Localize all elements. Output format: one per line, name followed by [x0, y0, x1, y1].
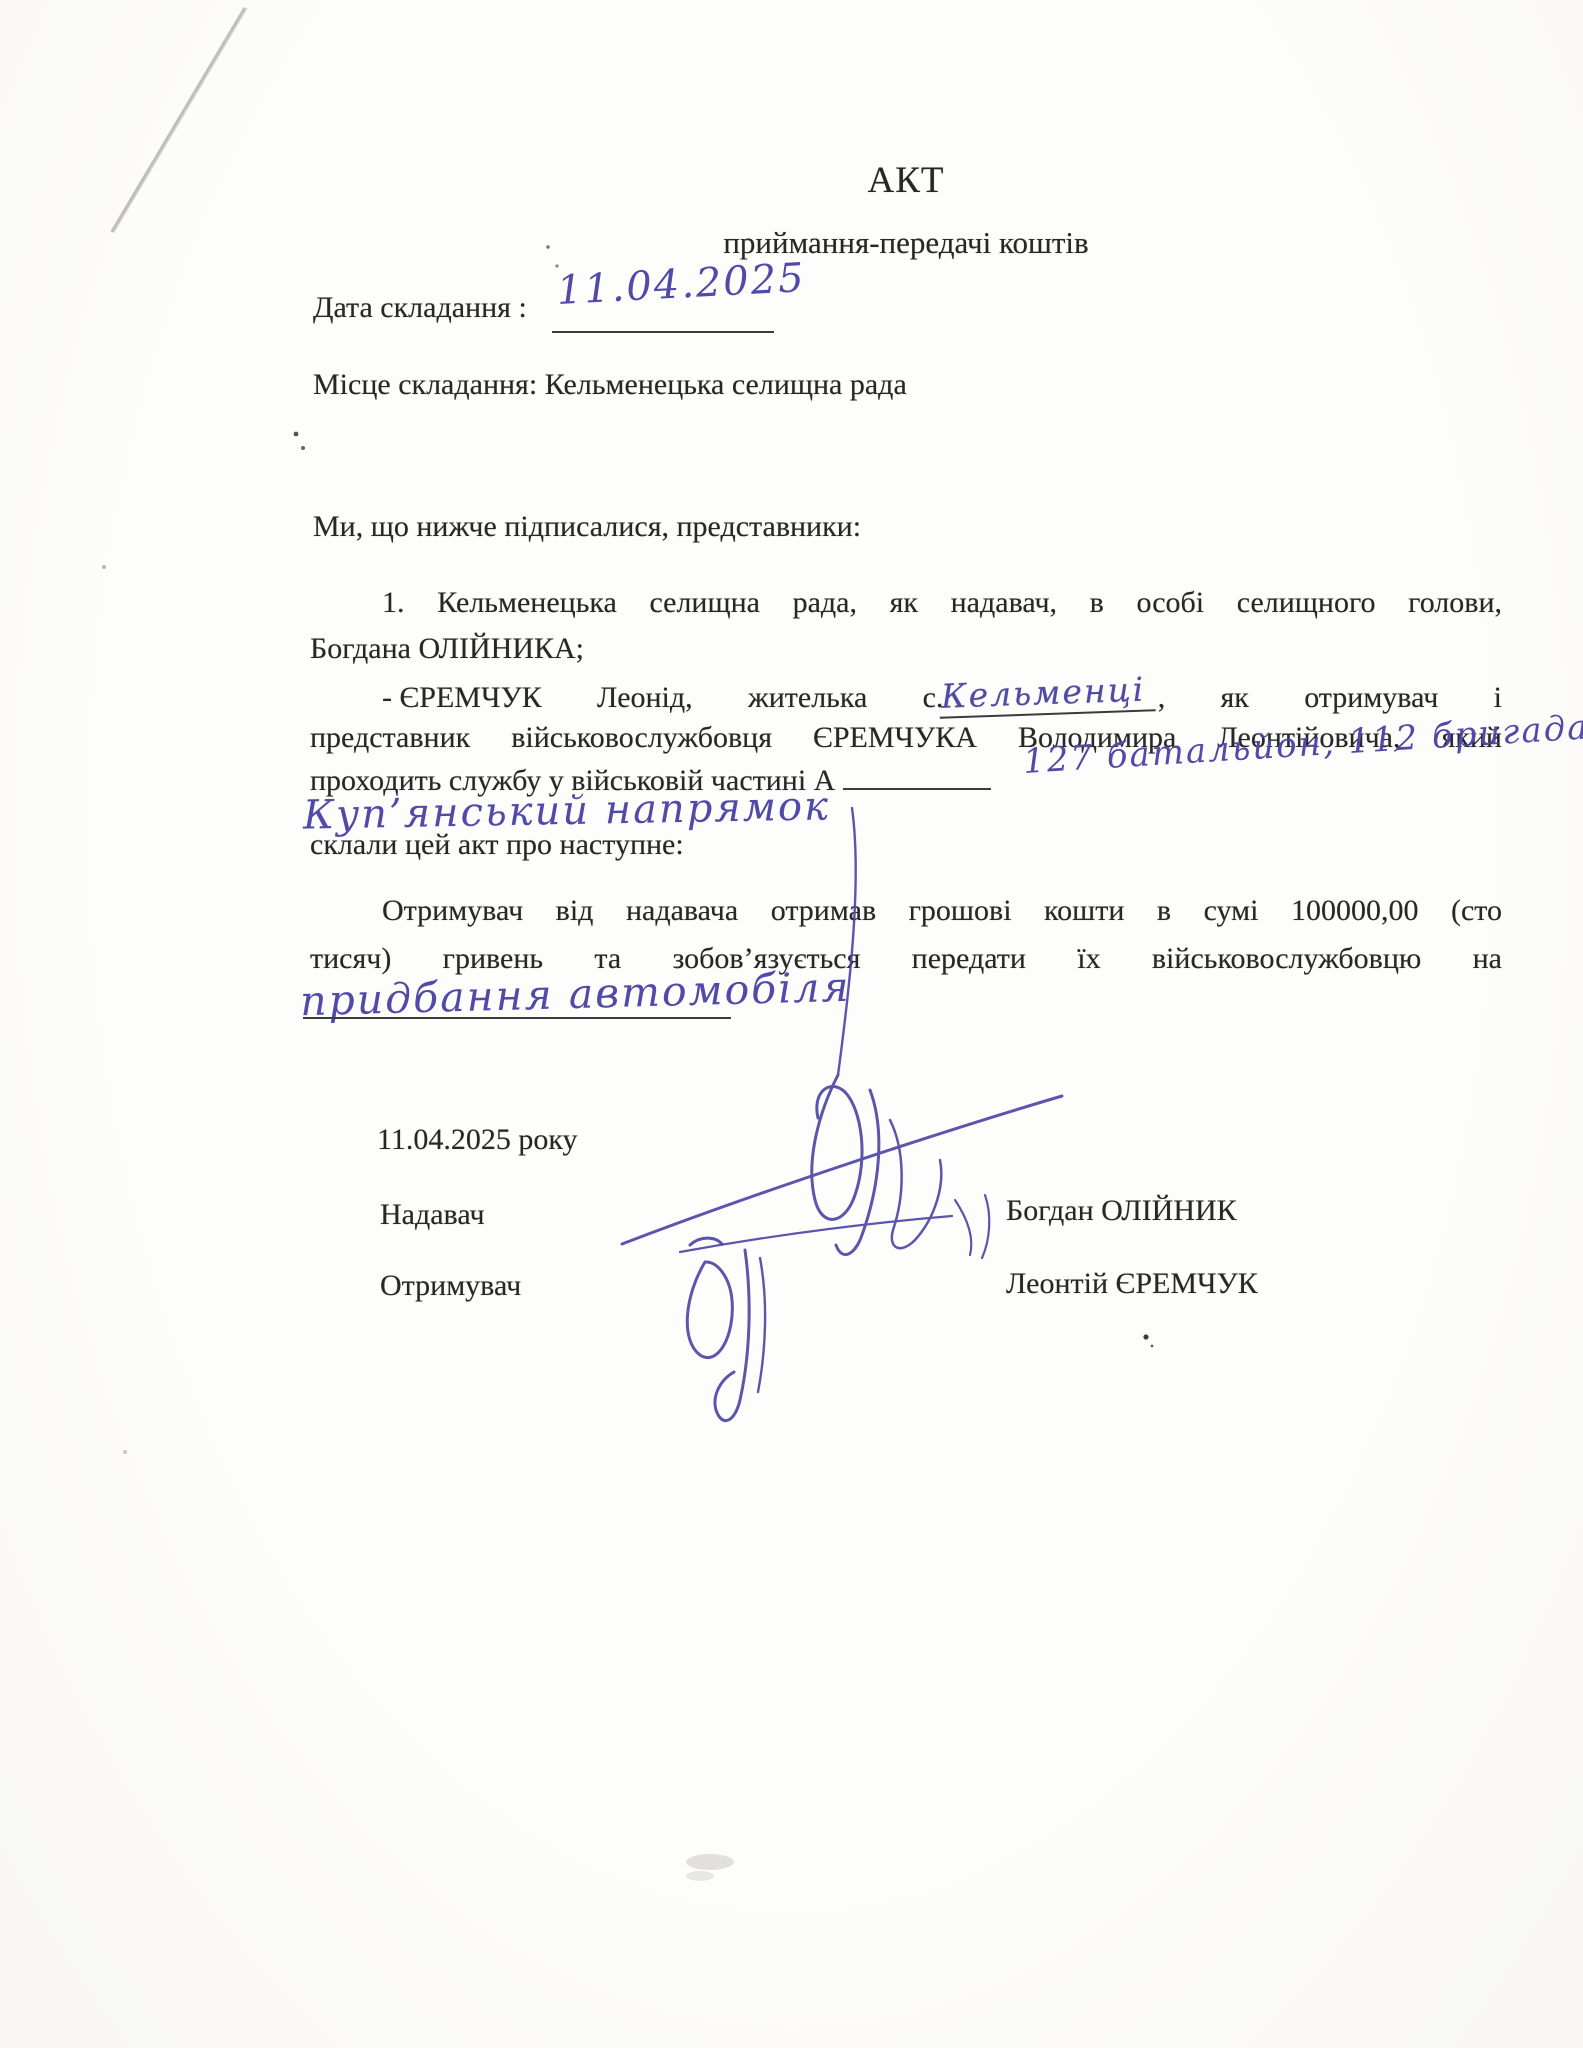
scan-specks [102, 245, 1153, 1881]
provider-signature [622, 808, 1062, 1258]
party2-word: і [1494, 679, 1502, 717]
scan-artifacts-layer [0, 0, 1583, 2048]
receiver-label: Отримувач [380, 1267, 521, 1305]
document-title: АКТ [310, 158, 1502, 204]
document-subtitle: приймання-передачі коштів [310, 224, 1502, 263]
scanned-document-page: АКТ приймання-передачі коштів Дата склад… [0, 0, 1583, 2048]
village-comma: , [1158, 681, 1166, 714]
village-group: с.Кельменці, [923, 675, 1166, 718]
party2-word: жителька [748, 679, 867, 717]
party2-word: отримувач [1304, 679, 1438, 717]
village-handwritten: Кельменці [939, 668, 1157, 719]
receiver-signature [687, 1238, 765, 1420]
party2-line1: - ЄРЕМЧУК Леонід, жителька с.Кельменці, … [310, 675, 1502, 718]
concluded-line: склали цей акт про наступне: [310, 826, 684, 864]
party2-word: Леонід, [597, 679, 693, 717]
party2-word: як [1221, 679, 1249, 717]
provider-name: Богдан ОЛІЙНИК [1006, 1192, 1237, 1230]
party1-line2: Богдана ОЛІЙНИКА; [310, 630, 584, 668]
purpose-underline [303, 1017, 731, 1019]
party1-line1: 1. Кельменецька селищна рада, як надавач… [310, 584, 1502, 622]
provider-label: Надавач [380, 1196, 485, 1234]
receiver-name: Леонтій ЄРЕМЧУК [1006, 1265, 1258, 1303]
intro-line: Ми, що нижче підписалися, представники: [313, 508, 861, 546]
paper-crease-line [112, 8, 247, 232]
date-label: Дата складання : [313, 289, 527, 327]
body-line1: Отримувач від надавача отримав грошові к… [310, 892, 1502, 930]
party2-word: - ЄРЕМЧУК [382, 679, 542, 717]
date-handwritten-value: 11.04.2025 [556, 255, 807, 314]
footer-date: 11.04.2025 року [377, 1121, 578, 1159]
unit-blank-underline [843, 784, 991, 790]
place-line: Місце складання: Кельменецька селищна ра… [313, 366, 907, 404]
date-underline [552, 331, 774, 333]
